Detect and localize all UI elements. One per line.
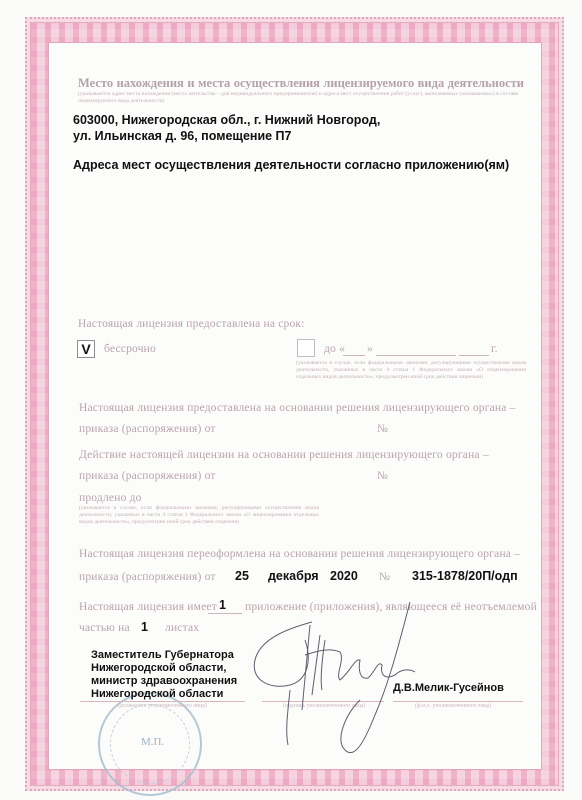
unlimited-term-label: бессрочно	[104, 343, 156, 355]
appendices-part-prefix: частью на	[79, 622, 130, 634]
extension-hint: (указывается в случае, если федеральными…	[79, 505, 319, 526]
address-line-1: 603000, Нижегородская обл., г. Нижний Но…	[73, 112, 380, 128]
appendices-count: 1	[219, 597, 226, 613]
limited-month-field[interactable]	[376, 355, 456, 356]
limited-term-suffix: г.	[491, 343, 498, 355]
term-label: Настоящая лицензия предоставлена на срок…	[78, 318, 305, 330]
unlimited-term-checkbox[interactable]: V	[77, 340, 95, 358]
heading-word: вида	[418, 76, 445, 91]
seal-label: М.П.	[141, 736, 164, 748]
granted-number-label: №	[377, 423, 388, 435]
heading-word: места	[198, 76, 230, 91]
appendix-addresses-note: Адреса мест осуществления деятельности с…	[73, 157, 509, 173]
location-heading: Место нахождения и места осуществления л…	[78, 76, 524, 91]
position-caption: (должность уполномоченного лица)	[118, 703, 207, 709]
reissue-order-label: приказа (распоряжения) от	[79, 571, 216, 583]
extension-number-label: №	[377, 470, 388, 482]
heading-word: и	[187, 76, 194, 91]
granted-order-label: приказа (распоряжения) от	[79, 423, 216, 435]
limited-term-hint: (указывается в случае, если федеральными…	[296, 360, 526, 381]
extension-label: Действие настоящей лицензии на основании…	[79, 449, 489, 461]
reissue-number-label: №	[379, 571, 390, 583]
appendices-part-suffix: листах	[165, 622, 199, 634]
limited-term-prefix: до «	[324, 343, 345, 355]
signer-position-line-3: министр здравоохранения	[91, 675, 237, 688]
reissue-day: 25	[235, 568, 249, 584]
address-line-2: ул. Ильинская д. 96, помещение П7	[73, 128, 292, 144]
appendices-sheets: 1	[141, 619, 148, 635]
extension-order-label: приказа (распоряжения) от	[79, 470, 216, 482]
heading-word: осуществления	[234, 76, 320, 91]
heading-word: лицензируемого	[323, 76, 414, 91]
reissue-number: 315-1878/20П/одп	[412, 568, 518, 584]
heading-word: Место	[78, 76, 113, 91]
heading-word: деятельности	[448, 76, 524, 91]
appendices-prefix: Настоящая лицензия имеет	[79, 601, 217, 613]
heading-word: нахождения	[117, 76, 184, 91]
limited-day-field[interactable]	[343, 355, 365, 356]
position-line	[80, 701, 245, 702]
handwritten-signature	[250, 600, 420, 765]
reissue-year: 2020	[330, 568, 358, 584]
location-hint: (указываются адрес места нахождения (мес…	[78, 91, 524, 105]
name-caption: (ф.и.о. уполномоченного лица)	[415, 703, 491, 709]
limited-term-mid: »	[367, 343, 373, 355]
signer-position-line-4: Нижегородской области	[91, 688, 223, 701]
signer-position-line-1: Заместитель Губернатора	[91, 649, 234, 662]
granted-basis-label: Настоящая лицензия предоставлена на осно…	[79, 402, 516, 414]
limited-term-checkbox[interactable]	[297, 339, 315, 357]
reissue-label: Настоящая лицензия переоформлена на осно…	[79, 548, 520, 560]
appendices-count-line	[208, 613, 242, 614]
limited-year-field[interactable]	[459, 355, 489, 356]
signer-position-line-2: Нижегородской области,	[91, 662, 226, 675]
reissue-month: декабря	[268, 568, 319, 584]
extended-until-label: продлено до	[79, 492, 142, 504]
